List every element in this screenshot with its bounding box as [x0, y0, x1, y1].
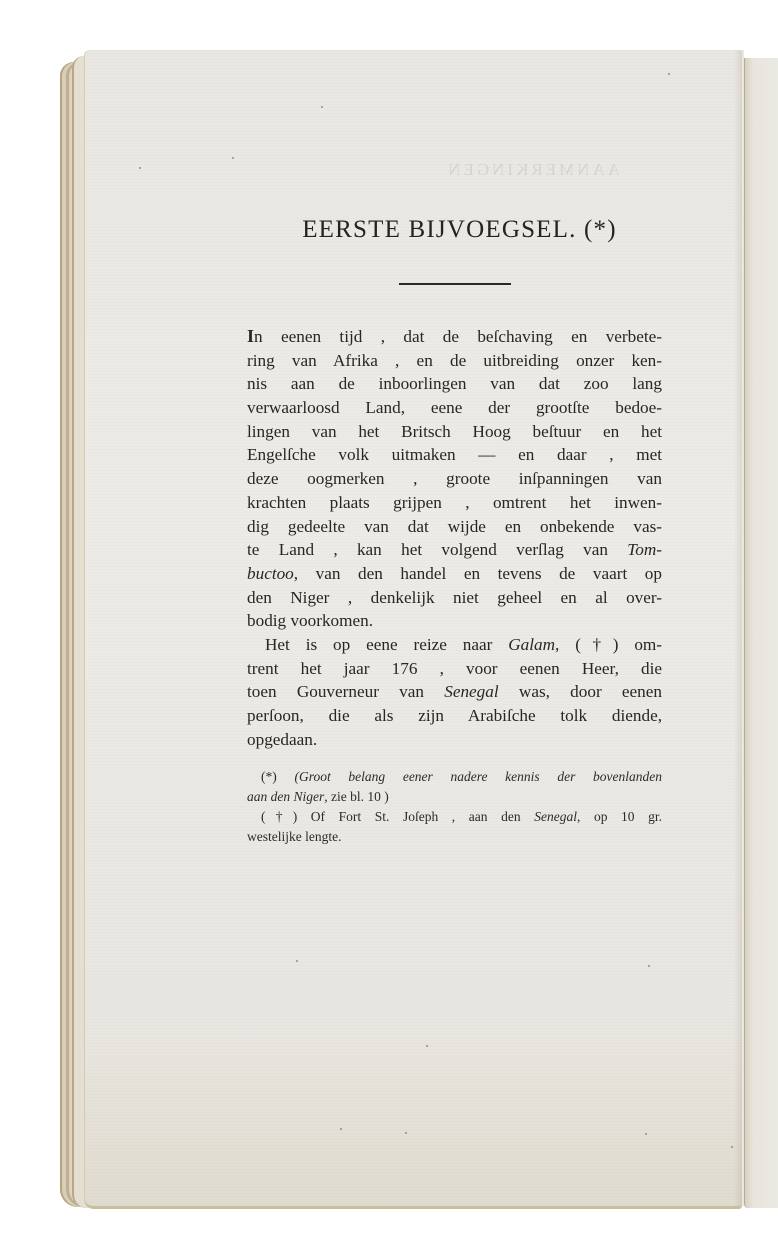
italic-place-name: Senegal — [534, 809, 577, 824]
footnote-text: , op 10 gr. — [577, 809, 662, 824]
footnote-1-line-2: aan den Niger, zie bl. 10 ) — [247, 787, 662, 807]
text-line: , (†) om- — [555, 635, 662, 654]
text-line: Engelſche volk uitmaken — en daar , met — [247, 443, 662, 467]
footnote-text: aan den Niger — [247, 789, 324, 804]
text-line: ring van Afrika , en de uitbreiding onze… — [247, 349, 662, 373]
footnote-marker: (†) — [261, 809, 297, 824]
footnote-2-line-2: westelijke lengte. — [247, 827, 662, 847]
italic-place-name: Galam — [508, 635, 555, 654]
text-line: verwaarloosd Land, eene der grootſte bed… — [247, 396, 662, 420]
italic-place-name: Senegal — [444, 682, 498, 701]
text-line: opgedaan. — [247, 728, 662, 752]
text-line: deze oogmerken , groote inſpanningen van — [247, 467, 662, 491]
text-line: dig gedeelte van dat wijde en onbekende … — [247, 515, 662, 539]
footnote-1-line-1: (*) (Groot belang eener nadere kennis de… — [247, 767, 662, 787]
text-line: nis aan de inboorlingen van dat zoo lang — [247, 372, 662, 396]
bleed-through-text: AANMERKINGEN — [400, 160, 620, 180]
paragraph-2: Het is op eene reize naar Galam, (†) om-… — [247, 633, 662, 751]
text-line: was, door eenen — [519, 682, 662, 701]
footnote-text: (Groot belang eener nadere kennis der bo… — [294, 769, 662, 784]
footnote-text: Of Fort St. Joſeph , aan den — [311, 809, 521, 824]
text-line: den Niger , denkelijk niet geheel en al … — [247, 586, 662, 610]
footnote-2-line-1: (†) Of Fort St. Joſeph , aan den Senegal… — [247, 807, 662, 827]
text-line: perſoon, die als zijn Arabiſche tolk die… — [247, 704, 662, 728]
paragraph-1: In eenen tijd , dat de beſchaving en ver… — [247, 325, 662, 633]
heading-rule — [399, 283, 511, 285]
italic-place-name: buctoo — [247, 564, 294, 583]
text-line: trent het jaar 176 , voor eenen Heer, di… — [247, 657, 662, 681]
initial-letter: I — [247, 326, 254, 346]
page-heading: EERSTE BIJVOEGSEL. (*) — [257, 212, 662, 248]
footnote-text: , zie bl. 10 ) — [324, 789, 388, 804]
text-line: lingen van het Britsch Hoog beſtuur en h… — [247, 420, 662, 444]
text-line: krachten plaats grijpen , omtrent het in… — [247, 491, 662, 515]
facing-page-edge — [744, 58, 778, 1208]
text-line: Het is op eene reize naar — [265, 635, 492, 654]
text-line: toen Gouverneur van — [247, 682, 424, 701]
gutter-shadow — [734, 50, 744, 1206]
footnotes: (*) (Groot belang eener nadere kennis de… — [247, 767, 662, 847]
text-line: n eenen tijd , dat de beſchaving en verb… — [254, 327, 662, 346]
italic-place-name: Tom- — [627, 540, 662, 559]
body-text: In eenen tijd , dat de beſchaving en ver… — [247, 325, 662, 751]
text-line: bodig voorkomen. — [247, 609, 662, 633]
footnote-marker: (*) — [261, 769, 277, 784]
page-text: EERSTE BIJVOEGSEL. (*) In eenen tijd , d… — [247, 212, 662, 847]
book-photo: AANMERKINGEN EERSTE BIJVOEGSEL. (*) In e… — [0, 0, 778, 1260]
text-line: , van den handel en tevens de vaart op — [294, 564, 662, 583]
text-line: te Land , kan het volgend verſlag van — [247, 540, 608, 559]
